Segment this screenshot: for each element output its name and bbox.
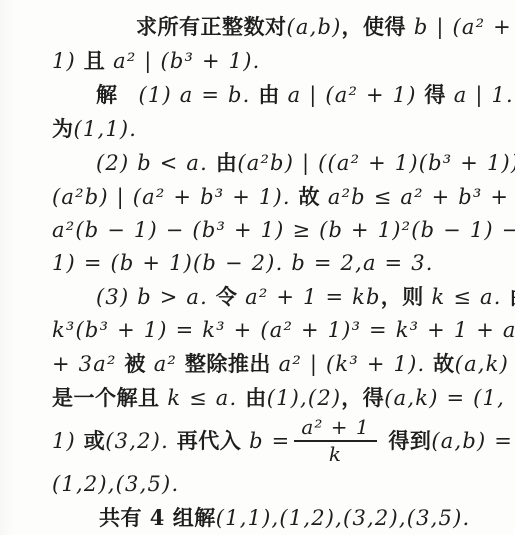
text-segment: 由 [237, 385, 266, 410]
text-segment: (a²b) | ((a² + 1)(b³ + 1)) [237, 151, 515, 175]
text-line: (a²b) | (a² + b³ + 1). 故 a²b ≤ a² + b³ +… [52, 180, 509, 214]
text-segment: k³(b³ + 1) = k³ + (a² + 1)³ = k³ + 1 + a… [52, 318, 515, 342]
text-segment: b = [249, 429, 290, 453]
text-segment: (1) a = b. [139, 83, 251, 107]
text-segment [117, 82, 139, 107]
text-line: a²(b − 1) − (b³ + 1) ≥ (b + 1)²(b − 1) −… [52, 214, 509, 247]
text-segment: 由 [251, 82, 288, 107]
text-segment: 解 [96, 82, 117, 107]
math-solution-page: 求所有正整数对(a,b)，使得 b | (a² +1) 且 a² | (b³ +… [0, 0, 515, 535]
text-segment: a²(b − 1) − (b³ + 1) ≥ (b + 1)²(b − 1) −… [52, 218, 515, 242]
text-segment: (1,1),(1,2),(3,2),(3,5). [216, 506, 471, 530]
text-line: 1) 或(3,2). 再代入 b =a² + 1k 得到(a,b) = [52, 415, 509, 468]
text-segment: b | (a² + [414, 15, 512, 39]
text-segment: 1) = (b + 1)(b − 2). b = 2,a = 3. [52, 251, 434, 275]
text-line: 共有 4 组解(1,1),(1,2),(3,2),(3,5). [99, 501, 509, 535]
text-segment: 1) [52, 429, 76, 453]
text-segment: a² [154, 352, 177, 376]
text-segment: ，使得 [342, 14, 414, 39]
text-segment: 由 [208, 150, 237, 175]
text-line: 为(1,1). [52, 112, 509, 146]
text-segment: (a,b) = [431, 429, 513, 453]
text-segment: a | 1. [454, 83, 514, 107]
text-segment: (a²b) | (a² + b³ + 1). [52, 185, 291, 209]
text-line: k³(b³ + 1) = k³ + (a² + 1)³ = k³ + 1 + a… [52, 314, 509, 347]
text-segment: k ≤ a. [167, 386, 237, 410]
fraction: a² + 1k [294, 416, 376, 466]
document-body: 求所有正整数对(a,b)，使得 b | (a² +1) 且 a² | (b³ +… [52, 10, 509, 535]
text-line: (3) b > a. 令 a² + 1 = kb，则 k ≤ a. 由 [96, 280, 509, 314]
text-segment: 由 [502, 284, 515, 309]
text-segment: ，则 [381, 284, 432, 309]
text-line: 是一个解且 k ≤ a. 由(1),(2)，得(a,k) = (1, [52, 381, 509, 415]
text-segment: (1),(2) [267, 386, 342, 410]
text-segment: 令 [208, 284, 245, 309]
text-segment: 是一个解且 [52, 385, 167, 410]
text-segment: a² | (k³ + 1). [279, 352, 426, 376]
text-segment: 且 [76, 48, 113, 73]
text-segment: 为 [52, 116, 74, 141]
text-segment: ，得 [341, 385, 384, 410]
text-segment: 故 [291, 184, 328, 209]
text-segment: a² + 1 = kb [245, 285, 381, 309]
text-segment: a²b ≤ a² + b³ + 1,0 ≥ [328, 185, 515, 209]
text-segment: 共有 4 组解 [99, 505, 216, 530]
text-segment: 被 [117, 351, 154, 376]
text-segment: 再代入 [169, 428, 249, 453]
text-segment: (a,b) [287, 15, 342, 39]
text-segment: (1,2),(3,5). [52, 472, 179, 496]
text-line: 求所有正整数对(a,b)，使得 b | (a² + [136, 10, 509, 44]
text-segment: 也 [509, 351, 515, 376]
text-segment: + 3a² [52, 352, 117, 376]
text-segment: (2) b < a. [96, 151, 208, 175]
text-segment: 求所有正整数对 [136, 14, 287, 39]
text-segment: 1) [52, 49, 76, 73]
text-segment: a² | (b³ + 1). [113, 49, 260, 73]
text-segment: (3,2). [105, 429, 169, 453]
text-line: 1) = (b + 1)(b − 2). b = 2,a = 3. [52, 247, 509, 280]
text-segment: 整除推出 [177, 351, 279, 376]
text-segment: (1,1). [74, 117, 138, 141]
text-segment: (a,k) = (1, [384, 386, 505, 410]
text-segment: 或 [76, 428, 105, 453]
text-line: + 3a² 被 a² 整除推出 a² | (k³ + 1). 故(a,k) 也 [52, 347, 509, 381]
text-line: 1) 且 a² | (b³ + 1). [52, 44, 509, 78]
text-segment: 故 [425, 351, 454, 376]
text-line: 解 (1) a = b. 由 a | (a² + 1) 得 a | 1. 解 [96, 78, 509, 112]
text-segment: a | (a² + 1) [288, 83, 417, 107]
text-segment: 得到 [381, 428, 432, 453]
text-line: (1,2),(3,5). [52, 468, 509, 501]
text-line: (2) b < a. 由(a²b) | ((a² + 1)(b³ + 1)) 得 [96, 146, 509, 180]
text-segment: (a,k) [455, 352, 509, 376]
text-segment: 得 [417, 82, 454, 107]
text-segment: (3) b > a. [96, 285, 208, 309]
text-segment: k ≤ a. [432, 285, 502, 309]
